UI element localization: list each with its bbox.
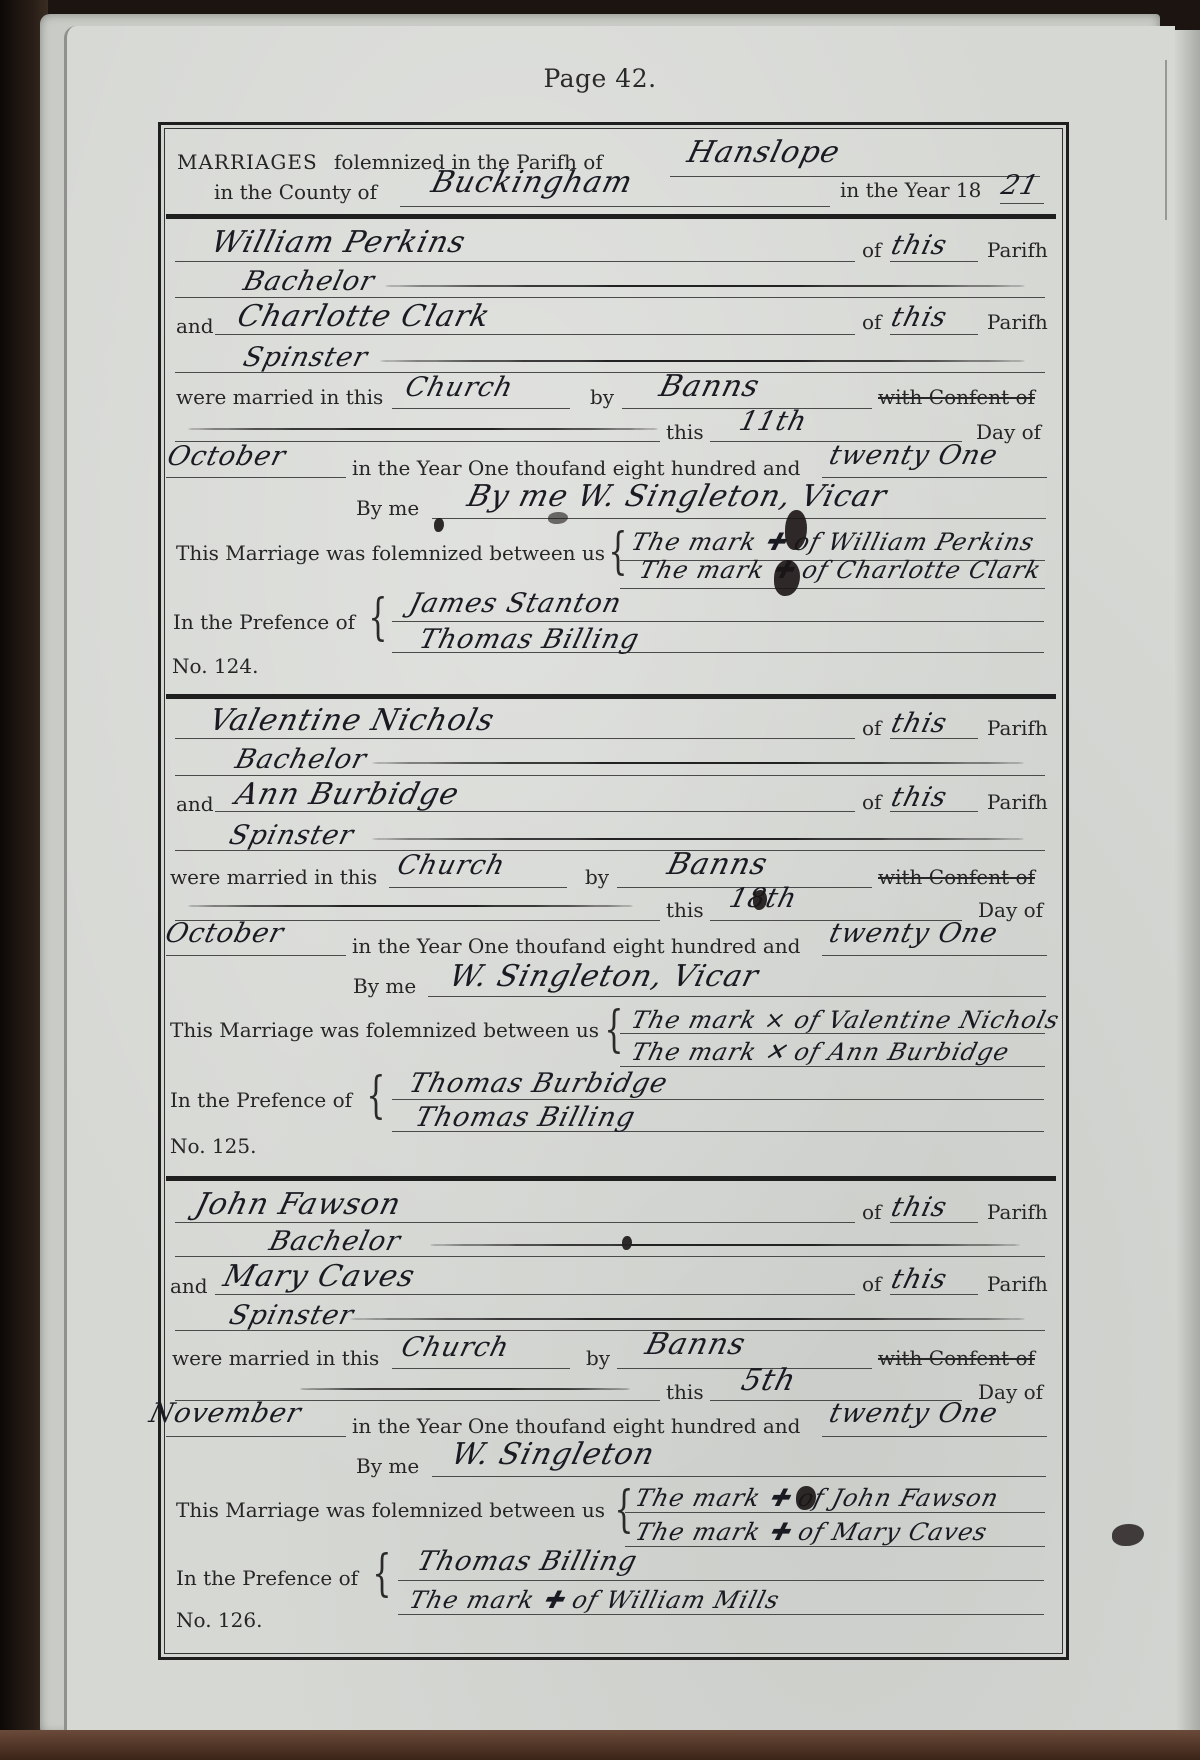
- parish-label: Parifh: [987, 240, 1048, 260]
- groom-name: Valentine Nichols: [206, 706, 497, 736]
- officiant-signature: W. Singleton: [448, 1440, 658, 1470]
- party-1-signature: The mark ✚ of John Fawson: [633, 1486, 1001, 1510]
- page-number: Page 42.: [0, 64, 1200, 93]
- by-me-label: By me: [356, 1456, 419, 1476]
- day-of-label: Day of: [978, 900, 1043, 920]
- parish-label: Parifh: [987, 1274, 1048, 1294]
- book-bottom-edge: [0, 1730, 1200, 1760]
- groom-status: Bachelor: [267, 1228, 404, 1255]
- by-label: by: [585, 867, 609, 887]
- marriage-by: Banns: [656, 372, 762, 402]
- party-2-signature: The mark ✕ of Ann Burbidge: [629, 1040, 1012, 1064]
- solemnized-between-label: This Marriage was folemnized between us: [176, 543, 605, 563]
- of-label: of: [862, 1202, 881, 1222]
- bride-of: this: [889, 1266, 950, 1293]
- and-label: and: [170, 1276, 208, 1296]
- with-consent-label: with Confent of: [878, 867, 1035, 887]
- and-label: and: [176, 794, 214, 814]
- witness-2-signature: The mark ✚ of William Mills: [407, 1588, 782, 1612]
- witness-1-signature: Thomas Billing: [415, 1548, 641, 1575]
- this-label: this: [666, 900, 704, 920]
- bride-name: Mary Caves: [220, 1262, 418, 1292]
- bride-status: Spinster: [227, 1302, 357, 1329]
- bride-of: this: [889, 784, 950, 811]
- by-label: by: [590, 387, 614, 407]
- bride-name: Ann Burbidge: [232, 780, 462, 810]
- solemnized-between-label: This Marriage was folemnized between us: [170, 1020, 599, 1040]
- header-year-suffix: 21: [999, 172, 1042, 199]
- header-county-label: in the County of: [214, 182, 377, 202]
- by-label: by: [586, 1348, 610, 1368]
- groom-name: William Perkins: [208, 228, 468, 258]
- marriage-by: Banns: [664, 850, 770, 880]
- of-label: of: [862, 718, 881, 738]
- marriage-place: Church: [399, 1334, 513, 1361]
- marriage-place: Church: [403, 374, 517, 401]
- solemnized-between-label: This Marriage was folemnized between us: [176, 1500, 605, 1520]
- this-label: this: [666, 422, 704, 442]
- officiant-signature: By me W. Singleton, Vicar: [464, 482, 890, 512]
- by-me-label: By me: [353, 976, 416, 996]
- parish-label: Parifh: [987, 1202, 1048, 1222]
- day-of-label: Day of: [976, 422, 1041, 442]
- bride-of: this: [889, 304, 950, 331]
- in-the-year-label: in the Year One thoufand eight hundred a…: [352, 936, 801, 956]
- bride-status: Spinster: [227, 822, 357, 849]
- with-consent-label: with Confent of: [878, 1348, 1035, 1368]
- officiant-signature: W. Singleton, Vicar: [446, 962, 761, 992]
- marriage-day: 5th: [738, 1366, 799, 1396]
- party-2-signature: The mark ✚ of Mary Caves: [633, 1520, 990, 1544]
- bride-name: Charlotte Clark: [234, 302, 493, 332]
- by-me-label: By me: [356, 498, 419, 518]
- marriage-day: 11th: [737, 408, 810, 435]
- witness-2-signature: Thomas Billing: [413, 1104, 639, 1131]
- parish-label: Parifh: [987, 312, 1048, 332]
- in-the-year-label: in the Year One thoufand eight hundred a…: [352, 1416, 801, 1436]
- marriage-by: Banns: [642, 1330, 748, 1360]
- groom-status: Bachelor: [233, 746, 370, 773]
- were-married-label: were married in this: [176, 387, 383, 407]
- this-label: this: [666, 1382, 704, 1402]
- in-the-year-label: in the Year One thoufand eight hundred a…: [352, 458, 801, 478]
- and-label: and: [176, 316, 214, 336]
- groom-of: this: [889, 710, 950, 737]
- party-2-signature: The mark ✚ of Charlotte Clark: [637, 558, 1044, 582]
- were-married-label: were married in this: [172, 1348, 379, 1368]
- party-1-signature: The mark × of Valentine Nichols: [629, 1008, 1062, 1032]
- in-presence-of-label: In the Prefence of: [176, 1568, 358, 1588]
- groom-name: John Fawson: [192, 1190, 404, 1220]
- of-label: of: [862, 240, 881, 260]
- bride-status: Spinster: [241, 344, 371, 371]
- were-married-label: were married in this: [170, 867, 377, 887]
- marriage-place: Church: [395, 852, 509, 879]
- marriage-year-words: twenty One: [827, 1400, 1001, 1427]
- entry-number: No. 126.: [176, 1610, 262, 1630]
- groom-of: this: [889, 1194, 950, 1221]
- marriage-month: October: [163, 920, 287, 947]
- party-1-signature: The mark ✚ of William Perkins: [629, 530, 1037, 554]
- parish-label: Parifh: [987, 718, 1048, 738]
- county-name: Buckingham: [428, 168, 636, 198]
- witness-1-signature: Thomas Burbidge: [407, 1070, 671, 1097]
- groom-of: this: [889, 232, 950, 259]
- entry-number: No. 125.: [170, 1136, 256, 1156]
- marriage-month: November: [147, 1400, 305, 1427]
- in-presence-of-label: In the Prefence of: [173, 612, 355, 632]
- of-label: of: [862, 312, 881, 332]
- entry-number: No. 124.: [172, 656, 258, 676]
- with-consent-label: with Confent of: [878, 387, 1035, 407]
- parish-label: Parifh: [987, 792, 1048, 812]
- marriage-year-words: twenty One: [827, 442, 1001, 469]
- marriage-month: October: [165, 443, 289, 470]
- witness-1-signature: James Stanton: [407, 590, 625, 617]
- witness-2-signature: Thomas Billing: [417, 626, 643, 653]
- of-label: of: [862, 792, 881, 812]
- parish-name: Hanslope: [684, 138, 843, 168]
- groom-status: Bachelor: [241, 268, 378, 295]
- header-marriages: MARRIAGES: [177, 152, 318, 172]
- of-label: of: [862, 1274, 881, 1294]
- marriage-year-words: twenty One: [827, 920, 1001, 947]
- in-presence-of-label: In the Prefence of: [170, 1090, 352, 1110]
- header-year-label: in the Year 18: [840, 180, 981, 200]
